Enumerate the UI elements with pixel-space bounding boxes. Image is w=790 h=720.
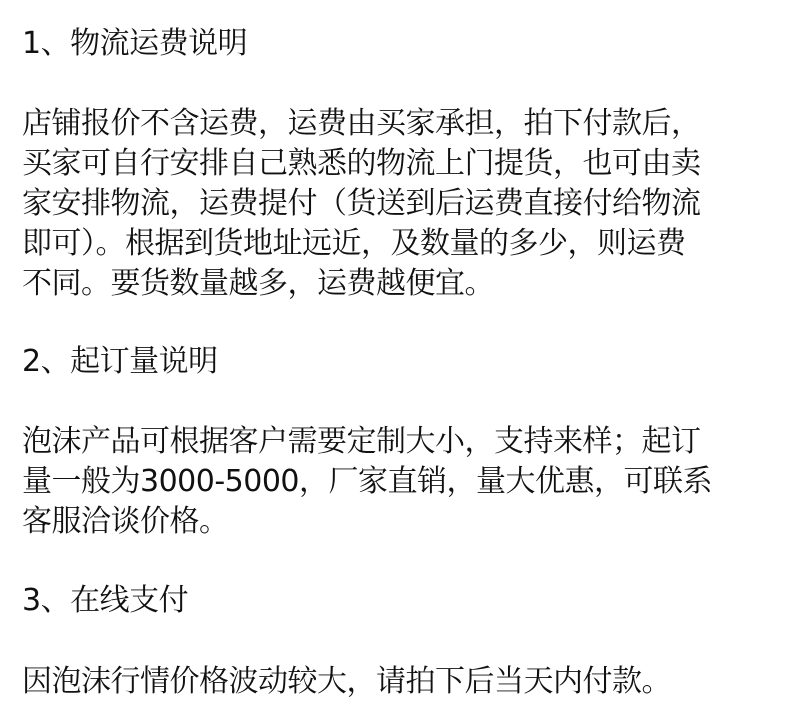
- paragraph-line: 不同。要货数量越多，运费越便宜。: [22, 264, 494, 304]
- paragraph-line: 因泡沫行情价格波动较大，请拍下后当天内付款。: [22, 662, 671, 702]
- paragraph-line: 泡沫产品可根据客户需要定制大小，支持来样；起订: [22, 422, 701, 462]
- paragraph-line: 即可）。根据到货地址远近，及数量的多少，则运费: [22, 224, 686, 264]
- paragraph-line: 客服洽谈价格。: [22, 502, 229, 542]
- section-heading: 1、物流运费说明: [22, 24, 247, 64]
- paragraph-line: 店铺报价不含运费，运费由买家承担，拍下付款后，: [22, 104, 701, 144]
- paragraph-line: 量一般为3000-5000，厂家直销，量大优惠，可联系: [22, 462, 712, 502]
- section-heading: 3、在线支付: [22, 581, 188, 621]
- paragraph-line: 买家可自行安排自己熟悉的物流上门提货，也可由卖: [22, 144, 701, 184]
- paragraph-line: 家安排物流，运费提付（货送到后运费直接付给物流: [22, 184, 701, 224]
- section-heading: 2、起订量说明: [22, 342, 218, 382]
